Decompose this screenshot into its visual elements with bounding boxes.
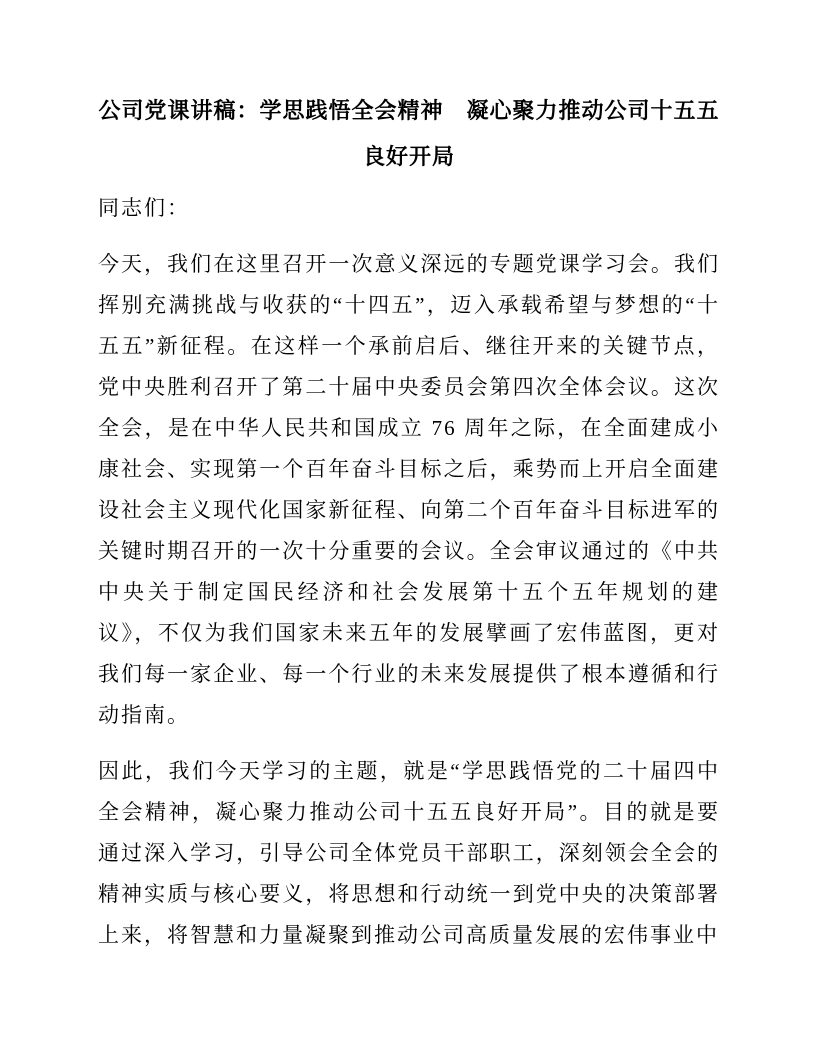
document-title-line-2: 良好开局	[98, 134, 720, 180]
body-paragraph-2: 因此，我们今天学习的主题，就是“学思践悟党的二十届四中全会精神，凝心聚力推动公司…	[98, 751, 720, 956]
document-page: 公司党课讲稿：学思践悟全会精神 凝心聚力推动公司十五五 良好开局 同志们： 今天…	[0, 0, 816, 1056]
body-paragraph-1: 今天，我们在这里召开一次意义深远的专题党课学习会。我们挥别充满挑战与收获的“十四…	[98, 244, 720, 736]
document-title: 公司党课讲稿：学思践悟全会精神 凝心聚力推动公司十五五 良好开局	[98, 88, 720, 180]
salutation-line: 同志们：	[98, 188, 720, 229]
document-title-line-1: 公司党课讲稿：学思践悟全会精神 凝心聚力推动公司十五五	[98, 88, 720, 134]
